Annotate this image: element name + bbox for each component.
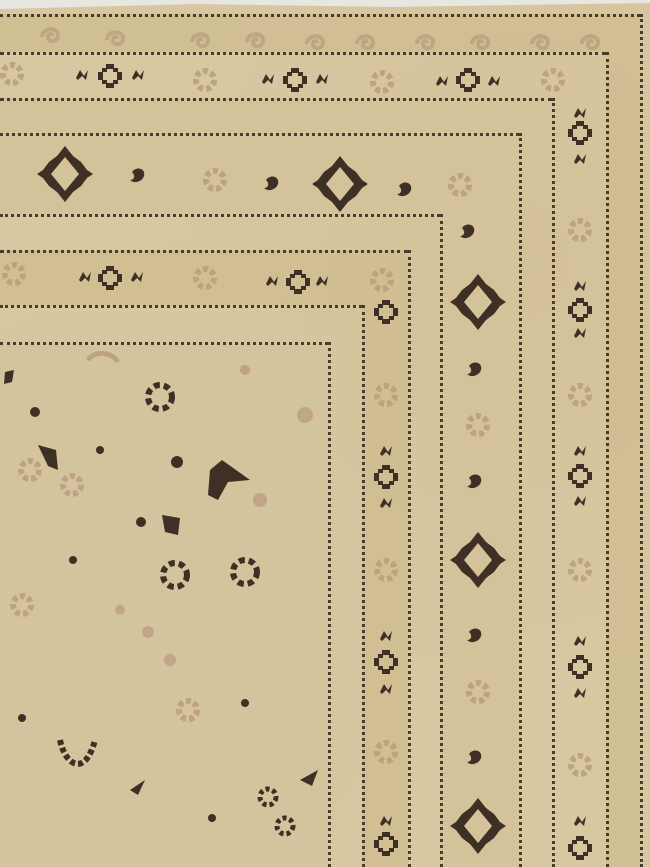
rug-photo: Corner detail of an antique Persian-styl… (0, 0, 650, 867)
quatrefoil-row-outer (3, 64, 562, 92)
diamond-medallions (37, 146, 506, 854)
rug-motifs (0, 0, 650, 867)
quatrefoil-column-outer (568, 108, 592, 860)
quatrefoil-row-inner (5, 265, 398, 856)
faded-paisley-row (42, 29, 598, 48)
field-sprigs (4, 353, 318, 834)
